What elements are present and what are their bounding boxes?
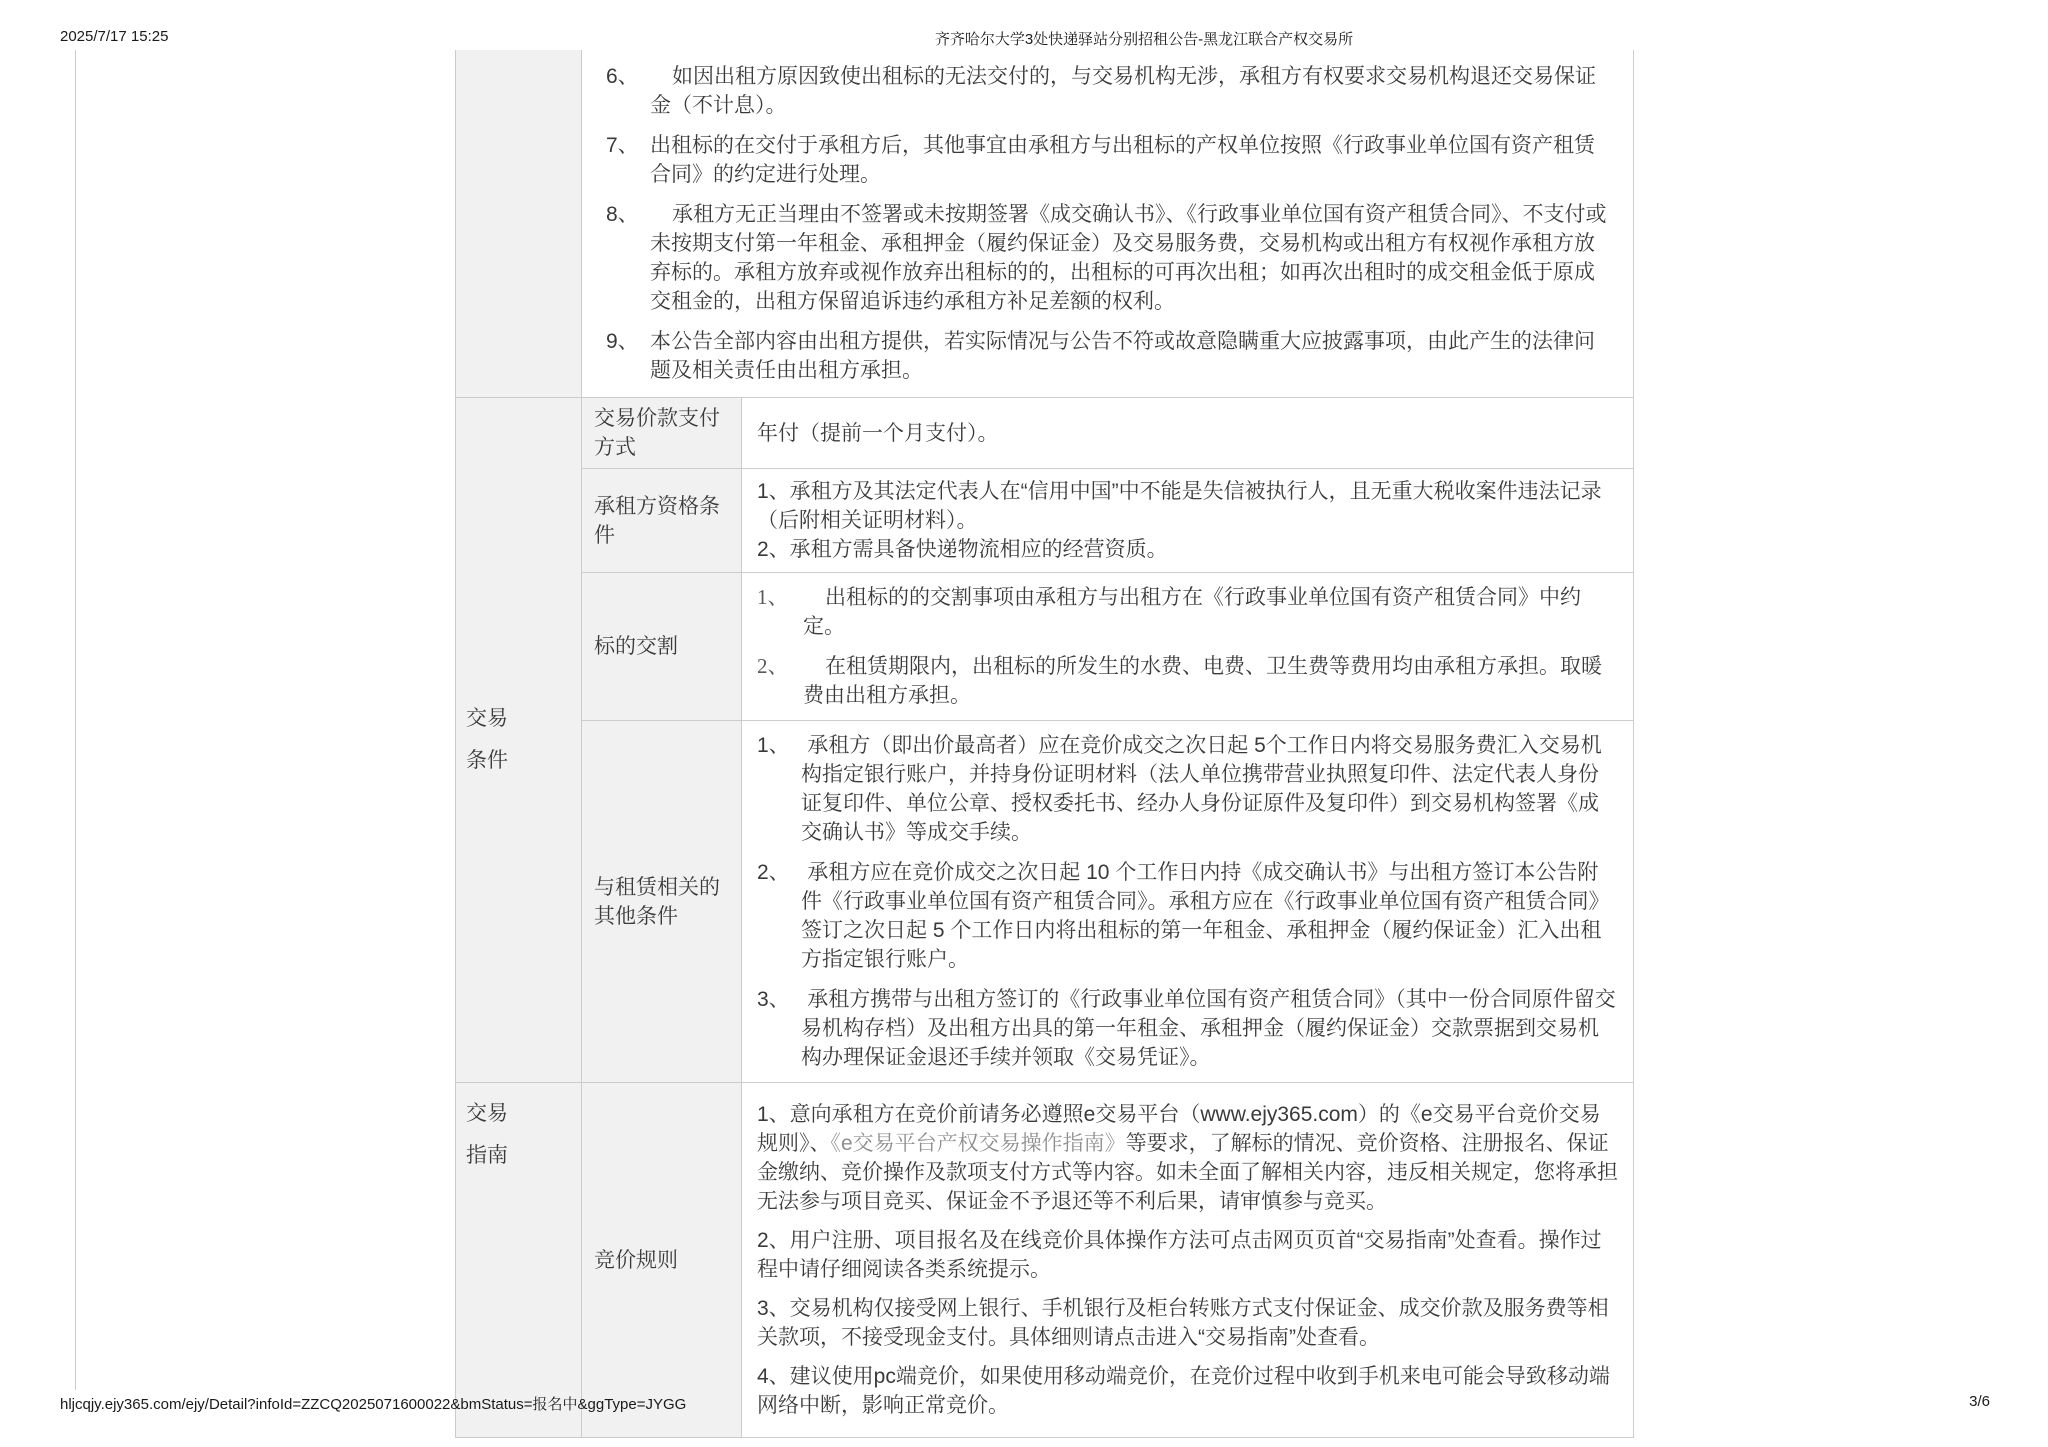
section-label-line: 指南 [466, 1135, 571, 1177]
list-item: 1、 承租方（即出价最高者）应在竞价成交之次日起 5个工作日内将交易服务费汇入交… [757, 731, 1618, 847]
item-number: 7、 [606, 131, 650, 189]
footer-url: hljcqjy.ejy365.com/ejy/Detail?infoId=ZZC… [60, 1393, 686, 1414]
table-row: 6、 如因出租方原因致使出租标的无法交付的，与交易机构无涉，承租方有权要求交易机… [456, 50, 1634, 398]
list-item: 3、 承租方携带与出租方签订的《行政事业单位国有资产租赁合同》（其中一份合同原件… [757, 985, 1618, 1072]
item-number: 1、 [757, 731, 801, 847]
item-text: 在租赁期限内，出租标的所发生的水费、电费、卫生费等费用均由承租方承担。取暖费由出… [803, 652, 1618, 710]
table-row: 与租赁相关的其他条件 1、 承租方（即出价最高者）应在竞价成交之次日起 5个工作… [456, 721, 1634, 1083]
list-item: 2、 承租方应在竞价成交之次日起 10 个工作日内持《成交确认书》与出租方签订本… [757, 858, 1618, 974]
page-frame-line [75, 50, 76, 1390]
other-conditions-value: 1、 承租方（即出价最高者）应在竞价成交之次日起 5个工作日内将交易服务费汇入交… [742, 721, 1634, 1083]
section-label-line: 交易 [466, 1093, 571, 1135]
list-item: 9、 本公告全部内容由出租方提供，若实际情况与公告不符或故意隐瞒重大应披露事项，… [606, 327, 1609, 385]
item-text: 承租方携带与出租方签订的《行政事业单位国有资产租赁合同》（其中一份合同原件留交易… [801, 985, 1618, 1072]
delivery-value: 1、 出租标的的交割事项由承租方与出租方在《行政事业单位国有资产租赁合同》中约定… [742, 573, 1634, 721]
table-row: 交易 条件 交易价款支付方式 年付（提前一个月支付）。 [456, 398, 1634, 469]
item-number: 2、 [757, 858, 801, 974]
page-title: 齐齐哈尔大学3处快递驿站分别招租公告-黑龙江联合产权交易所 [240, 28, 2048, 49]
item-number: 8、 [606, 200, 650, 316]
section-label-cell-empty [456, 50, 582, 398]
row-label-payment-method: 交易价款支付方式 [582, 398, 742, 469]
paragraph: 3、交易机构仅接受网上银行、手机银行及柜台转账方式支付保证金、成交价款及服务费等… [757, 1294, 1618, 1352]
print-datetime: 2025/7/17 15:25 [60, 28, 168, 45]
paragraph: 1、意向承租方在竞价前请务必遵照e交易平台（www.ejy365.com）的《e… [757, 1100, 1618, 1216]
item-text: 出租标的的交割事项由承租方与出租方在《行政事业单位国有资产租赁合同》中约定。 [803, 583, 1618, 641]
item-number: 6、 [606, 62, 650, 120]
item-number: 1、 [757, 583, 803, 641]
row-label-other-conditions: 与租赁相关的其他条件 [582, 721, 742, 1083]
item-number: 3、 [757, 985, 801, 1072]
list-item: 1、 出租标的的交割事项由承租方与出租方在《行政事业单位国有资产租赁合同》中约定… [757, 583, 1618, 641]
item-text: 出租标的在交付于承租方后，其他事宜由承租方与出租标的产权单位按照《行政事业单位国… [650, 131, 1609, 189]
table-row: 承租方资格条件 1、承租方及其法定代表人在“信用中国”中不能是失信被执行人，且无… [456, 469, 1634, 573]
list-item: 7、 出租标的在交付于承租方后，其他事宜由承租方与出租标的产权单位按照《行政事业… [606, 131, 1609, 189]
list-item: 2、 在租赁期限内，出租标的所发生的水费、电费、卫生费等费用均由承租方承担。取暖… [757, 652, 1618, 710]
item-text: 承租方无正当理由不签署或未按期签署《成交确认书》、《行政事业单位国有资产租赁合同… [650, 200, 1609, 316]
item-number: 2、 [757, 652, 803, 710]
announcement-table: 6、 如因出租方原因致使出租标的无法交付的，与交易机构无涉，承租方有权要求交易机… [455, 50, 1634, 1438]
payment-method-value: 年付（提前一个月支付）。 [742, 398, 1634, 469]
row-label-qualification: 承租方资格条件 [582, 469, 742, 573]
bidding-rules-value: 1、意向承租方在竞价前请务必遵照e交易平台（www.ejy365.com）的《e… [742, 1083, 1634, 1438]
qualification-value: 1、承租方及其法定代表人在“信用中国”中不能是失信被执行人，且无重大税收案件违法… [742, 469, 1634, 573]
item-number: 9、 [606, 327, 650, 385]
row-label-delivery: 标的交割 [582, 573, 742, 721]
item-text: 本公告全部内容由出租方提供，若实际情况与公告不符或故意隐瞒重大应披露事项，由此产… [650, 327, 1609, 385]
section-label-line: 条件 [466, 740, 571, 782]
list-item: 6、 如因出租方原因致使出租标的无法交付的，与交易机构无涉，承租方有权要求交易机… [606, 62, 1609, 120]
paragraph: 1、承租方及其法定代表人在“信用中国”中不能是失信被执行人，且无重大税收案件违法… [757, 477, 1618, 535]
footer-page-number: 3/6 [1969, 1393, 1990, 1410]
paragraph: 4、建议使用pc端竞价，如果使用移动端竞价，在竞价过程中收到手机来电可能会导致移… [757, 1362, 1618, 1420]
table-row: 交易 指南 竞价规则 1、意向承租方在竞价前请务必遵照e交易平台（www.ejy… [456, 1083, 1634, 1438]
table-row: 标的交割 1、 出租标的的交割事项由承租方与出租方在《行政事业单位国有资产租赁合… [456, 573, 1634, 721]
notice-items-cell: 6、 如因出租方原因致使出租标的无法交付的，与交易机构无涉，承租方有权要求交易机… [582, 50, 1634, 398]
item-text: 承租方（即出价最高者）应在竞价成交之次日起 5个工作日内将交易服务费汇入交易机构… [801, 731, 1618, 847]
paragraph: 2、用户注册、项目报名及在线竞价具体操作方法可点击网页页首“交易指南”处查看。操… [757, 1226, 1618, 1284]
item-text: 如因出租方原因致使出租标的无法交付的，与交易机构无涉，承租方有权要求交易机构退还… [650, 62, 1609, 120]
paragraph: 2、承租方需具备快递物流相应的经营资质。 [757, 535, 1618, 564]
row-label-bidding-rules: 竞价规则 [582, 1083, 742, 1438]
item-text: 承租方应在竞价成交之次日起 10 个工作日内持《成交确认书》与出租方签订本公告附… [801, 858, 1618, 974]
section-label-trade-guide: 交易 指南 [456, 1083, 582, 1438]
section-label-line: 交易 [466, 698, 571, 740]
list-item: 8、 承租方无正当理由不签署或未按期签署《成交确认书》、《行政事业单位国有资产租… [606, 200, 1609, 316]
guide-document-title: 《e交易平台产权交易操作指南》 [831, 1132, 1126, 1155]
section-label-trade-conditions: 交易 条件 [456, 398, 582, 1083]
